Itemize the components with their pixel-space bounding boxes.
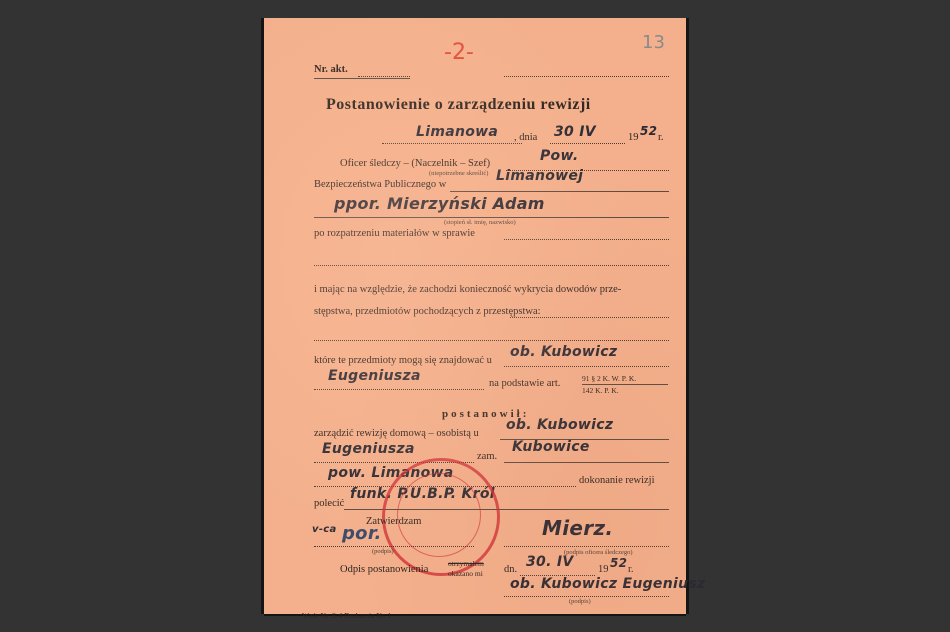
officer-name-handwritten: ppor. Mierzyński Adam	[334, 194, 545, 213]
page-title: Postanowienie o zarządzeniu rewizji	[326, 96, 591, 114]
copy-shown: okazano mi	[448, 569, 483, 578]
execution-label: dokonanie rewizji	[579, 475, 655, 486]
approver-signature: por.	[342, 523, 382, 544]
red-mark: -2-	[444, 40, 474, 65]
strike-note: (niepotrzebne skreślić)	[429, 170, 488, 177]
clause-line	[510, 317, 669, 318]
copy-date-handwritten: 30. IV	[526, 554, 574, 570]
date-handwritten: 30 IV	[554, 124, 596, 140]
security-line	[450, 191, 669, 192]
location-line	[504, 366, 669, 367]
year-prefix: 19	[628, 132, 639, 143]
stamp-emblem	[397, 473, 481, 557]
materials-label: po rozpatrzeniu materiałów w sprawie	[314, 228, 475, 239]
officer-handwritten: Pow.	[540, 148, 578, 164]
nr-akt-label: Nr. akt.	[314, 64, 348, 75]
recipient-signature: ob. Kubowicz Eugeniusz	[510, 576, 705, 592]
copy-received: otrzymałem	[448, 559, 484, 568]
clause-line-1: i mając na względzie, że zachodzi koniec…	[314, 284, 621, 295]
year-suffix: r.	[658, 132, 664, 143]
date-label: , dnia	[514, 132, 537, 143]
materials-line-2	[314, 265, 669, 266]
nr-akt-underline	[314, 78, 410, 79]
location-handwritten-2: Eugeniusza	[328, 368, 421, 384]
search-person-handwritten: ob. Kubowicz	[506, 417, 613, 433]
approver-prefix-handwritten: v-ca	[312, 524, 337, 535]
nr-akt-line	[358, 76, 410, 77]
copy-year-suffix: r.	[628, 564, 634, 575]
place-handwritten: Limanowa	[416, 124, 498, 140]
basis-article-1: 91 § 2 K. W. P. K.	[582, 374, 636, 383]
form-footer: Wzór Nr. S-4 Drukarnia Nr. 1	[302, 611, 391, 620]
officer-name-note: (stopień sł. imię, nazwisko)	[444, 219, 516, 226]
copy-date-label: dn.	[504, 564, 517, 575]
basis-fraction-line	[582, 384, 668, 385]
assign-label: polecić	[314, 498, 344, 509]
place-line	[382, 143, 522, 144]
search-person-handwritten-2: Eugeniusza	[322, 441, 415, 457]
page-number: 13	[642, 32, 665, 53]
basis-label: na podstawie art.	[489, 378, 560, 389]
officer-signature: Mierz.	[542, 516, 613, 540]
officer-sign-line	[504, 546, 669, 547]
date-line	[550, 143, 625, 144]
copy-label: Odpis postanowienia	[340, 564, 428, 575]
security-place-handwritten: Limanowej	[496, 168, 583, 184]
security-label: Bezpieczeństwa Publicznego w	[314, 179, 446, 190]
location-label: które te przedmioty mogą się znajdować u	[314, 355, 492, 366]
approver-note: (podpis)	[372, 548, 394, 555]
residence-handwritten: Kubowice	[512, 439, 590, 455]
approver-line	[314, 546, 474, 547]
clause-line-3	[314, 340, 669, 341]
document-page: 13 -2- Nr. akt. Postanowienie o zarządze…	[264, 18, 686, 614]
year-handwritten: 52	[640, 124, 657, 138]
residence-line	[504, 462, 669, 463]
copy-year-handwritten: 52	[610, 556, 627, 570]
officer-sign-note: (podpis oficera śledczego)	[564, 549, 633, 556]
materials-line	[504, 239, 669, 240]
recipient-sign-note: (podpis)	[569, 598, 591, 605]
recipient-sign-line	[504, 596, 669, 597]
clause-line-2: stępstwa, przedmiotów pochodzących z prz…	[314, 306, 541, 317]
officer-label: Oficer śledczy – (Naczelnik – Szef)	[340, 158, 490, 169]
basis-article-2: 142 K. P. K.	[582, 386, 619, 395]
officer-name-line	[314, 217, 669, 218]
residence-label: zam.	[477, 451, 497, 462]
location-handwritten: ob. Kubowicz	[510, 344, 617, 360]
copy-year-prefix: 19	[598, 564, 609, 575]
location-line-2	[314, 389, 484, 390]
header-right-line	[504, 76, 669, 77]
search-label: zarządzić rewizję domową – osobistą u	[314, 428, 479, 439]
